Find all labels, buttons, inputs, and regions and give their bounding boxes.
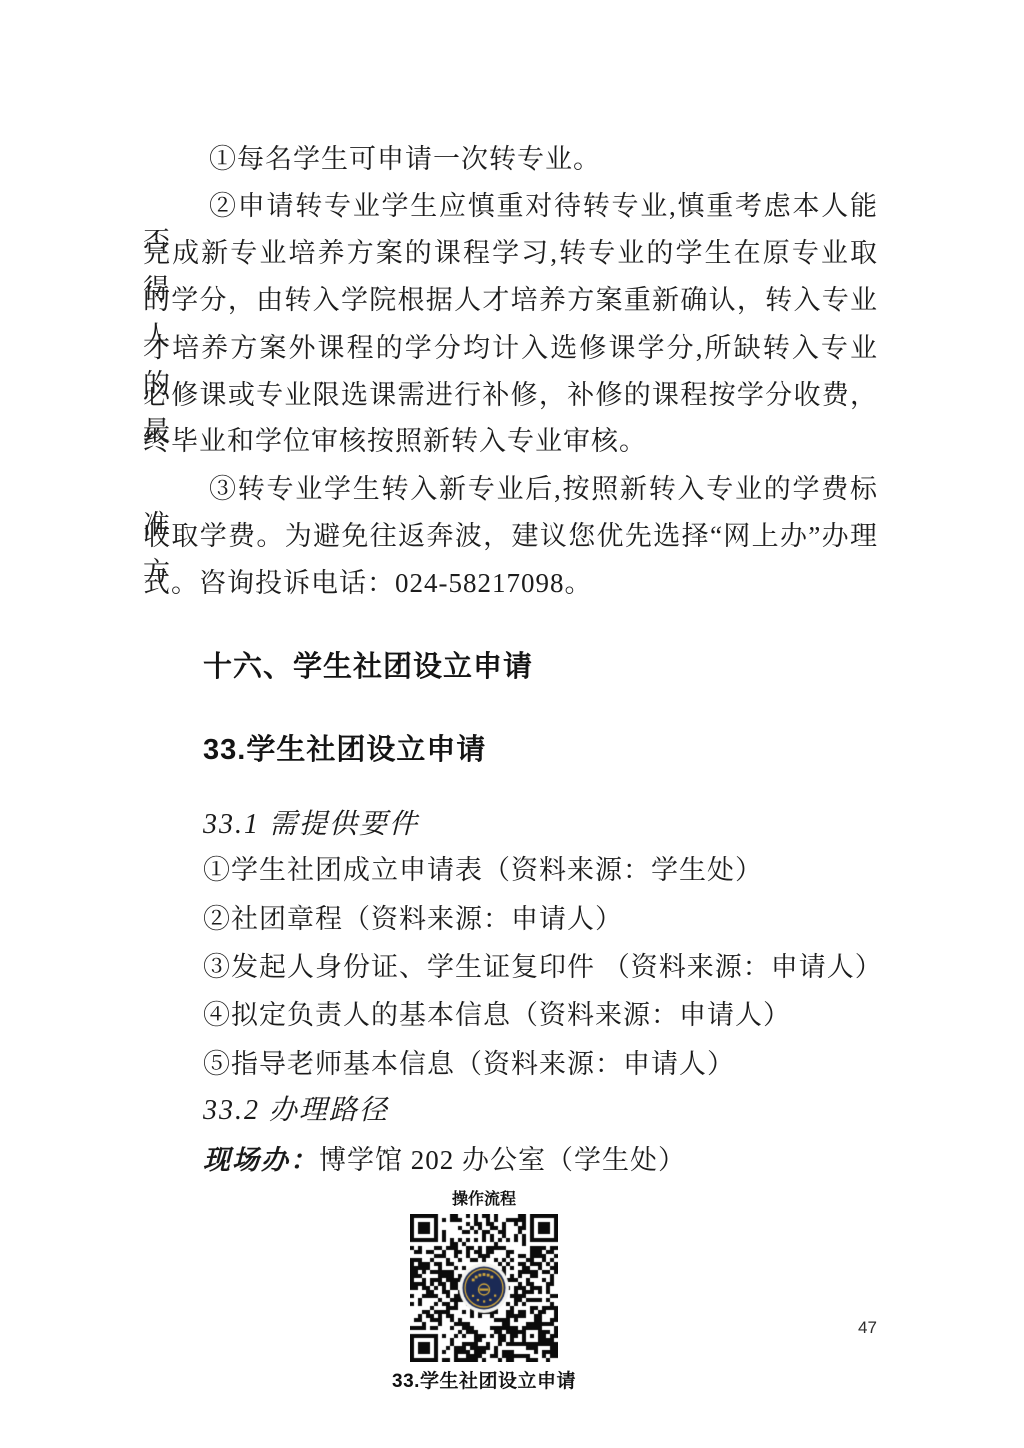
paragraph-line: 必修课或专业限选课需进行补修，补修的课程按学分收费，最 [143, 377, 878, 417]
qr-code [410, 1214, 558, 1362]
paragraph-line: 才培养方案外课程的学分均计入选修课学分,所缺转入专业的 [143, 330, 878, 370]
paragraph-line: ③转专业学生转入新专业后,按照新转入专业的学费标准 [143, 471, 878, 511]
qr-caption-bottom: 33.学生社团设立申请 [334, 1366, 634, 1393]
page-number: 47 [858, 1318, 877, 1338]
section-heading: 十六、学生社团设立申请 [203, 644, 533, 685]
paragraph-line: ②申请转专业学生应慎重对待转专业,慎重考虑本人能否 [143, 188, 878, 228]
requirement-item: ④拟定负责人的基本信息（资料来源：申请人） [203, 993, 791, 1032]
onsite-value: 博学馆 202 办公室（学生处） [319, 1145, 686, 1175]
paragraph-line: ①每名学生可申请一次转专业。 [143, 141, 878, 181]
requirement-item: ②社团章程（资料来源：申请人） [203, 897, 623, 936]
paragraph-line: 完成新专业培养方案的课程学习,转专业的学生在原专业取得 [143, 235, 878, 275]
paragraph-line: 式。咨询投诉电话：024-58217098。 [143, 565, 878, 605]
qr-caption-top: 操作流程 [334, 1186, 634, 1209]
paragraph-line: 收取学费。为避免往返奔波，建议您优先选择“网上办”办理方 [143, 518, 878, 558]
requirements-title: 33.1 需提供要件 [203, 802, 419, 842]
section-subheading: 33.学生社团设立申请 [203, 727, 486, 768]
process-path-title: 33.2 办理路径 [203, 1088, 389, 1128]
paragraph-line: 的学分，由转入学院根据人才培养方案重新确认，转入专业人 [143, 282, 878, 322]
paragraph-line: 终毕业和学位审核按照新转入专业审核。 [143, 423, 878, 463]
document-page: ①每名学生可申请一次转专业。 ②申请转专业学生应慎重对待转专业,慎重考虑本人能否… [0, 0, 1024, 1448]
requirement-item: ①学生社团成立申请表（资料来源：学生处） [203, 848, 763, 887]
onsite-label: 现场办： [203, 1145, 319, 1175]
requirement-item: ③发起人身份证、学生证复印件 （资料来源：申请人） [203, 945, 883, 984]
onsite-line: 现场办：博学馆 202 办公室（学生处） [203, 1138, 686, 1177]
qr-block: 操作流程 33.学生社团设立申请 [334, 1186, 634, 1393]
requirement-item: ⑤指导老师基本信息（资料来源：申请人） [203, 1042, 735, 1081]
